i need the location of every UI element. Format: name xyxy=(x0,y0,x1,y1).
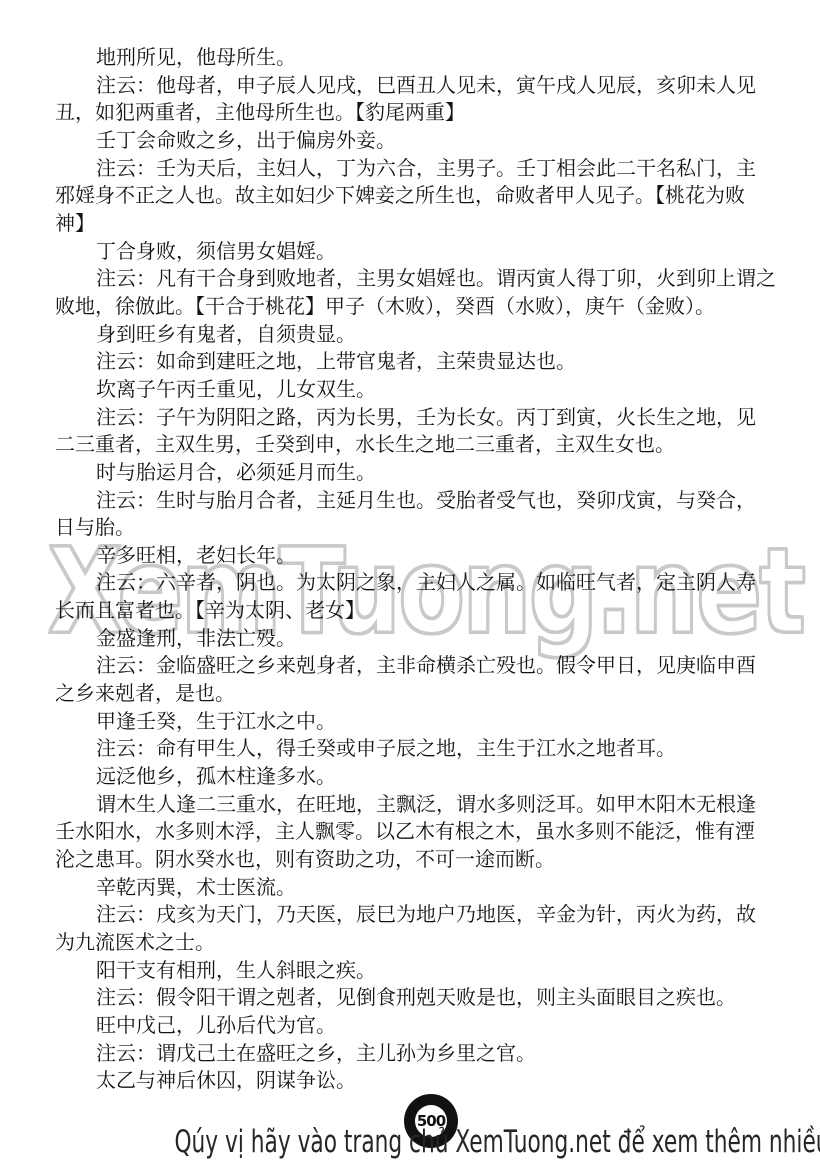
text-line: 长而且富者也。【辛为太阴、老女】 xyxy=(55,597,770,625)
text-line: 甲逢壬癸，生于江水之中。 xyxy=(55,708,770,736)
text-line: 二三重者，主双生男，壬癸到申，水长生之地二三重者，主双生女也。 xyxy=(55,431,770,459)
text-line: 注云：六辛者，阴也。为太阴之象，主妇人之属。如临旺气者，定主阴人寿 xyxy=(55,569,770,597)
text-line: 太乙与神后休囚，阴谋争讼。 xyxy=(55,1067,770,1095)
text-line: 注云：他母者，申子辰人见戌，巳酉丑人见未，寅午戌人见辰，亥卯未人见 xyxy=(55,72,770,100)
book-page: XemTuong.net 地刑所见，他母所生。注云：他母者，申子辰人见戌，巳酉丑… xyxy=(0,0,820,1170)
footer-promo-text: Qúy vị hãy vào trang chủ XemTuong.net để… xyxy=(174,1124,820,1160)
text-line: 旺中戊己，儿孙后代为官。 xyxy=(55,1012,770,1040)
text-line: 注云：如命到建旺之地，上带官鬼者，主荣贵显达也。 xyxy=(55,348,770,376)
text-line: 日与胎。 xyxy=(55,514,770,542)
text-line: 注云：子午为阴阳之路，丙为长男，壬为长女。丙丁到寅，火长生之地，见 xyxy=(55,404,770,432)
text-line: 注云：命有甲生人，得壬癸或申子辰之地，主生于江水之地者耳。 xyxy=(55,735,770,763)
text-line: 身到旺乡有鬼者，自须贵显。 xyxy=(55,321,770,349)
text-line: 壬水阳水，水多则木浮，主人飘零。以乙木有根之木，虽水多则不能泛，惟有湮 xyxy=(55,818,770,846)
text-line: 败地，徐倣此。【干合于桃花】甲子（木败），癸酉（水败），庚午（金败）。 xyxy=(55,293,770,321)
text-line: 地刑所见，他母所生。 xyxy=(55,44,770,72)
document-body: 地刑所见，他母所生。注云：他母者，申子辰人见戌，巳酉丑人见未，寅午戌人见辰，亥卯… xyxy=(55,44,770,1095)
text-line: 注云：假令阳干谓之剋者，见倒食刑剋天败是也，则主头面眼目之疾也。 xyxy=(55,984,770,1012)
text-line: 注云：戌亥为天门，乃天医，辰巳为地户乃地医，辛金为针，丙火为药，故 xyxy=(55,901,770,929)
text-line: 沦之患耳。阴水癸水也，则有资助之功，不可一途而断。 xyxy=(55,846,770,874)
text-line: 辛多旺相，老妇长年。 xyxy=(55,542,770,570)
text-line: 丑，如犯两重者，主他母所生也。【豹尾两重】 xyxy=(55,99,770,127)
text-line: 丁合身败，须信男女娼婬。 xyxy=(55,238,770,266)
text-line: 注云：金临盛旺之乡来剋身者，主非命横杀亡殁也。假令甲日，见庚临申酉 xyxy=(55,652,770,680)
text-line: 神】 xyxy=(55,210,770,238)
text-line: 远泛他乡，孤木柱逢多水。 xyxy=(55,763,770,791)
text-line: 注云：壬为天后，主妇人，丁为六合，主男子。壬丁相会此二干名私门，主 xyxy=(55,155,770,183)
text-line: 阳干支有相刑，生人斜眼之疾。 xyxy=(55,957,770,985)
text-line: 金盛逢刑，非法亡殁。 xyxy=(55,625,770,653)
text-line: 辛乾丙巽，术士医流。 xyxy=(55,874,770,902)
footer: Qúy vị hãy vào trang chủ XemTuong.net để… xyxy=(0,1124,820,1160)
text-line: 注云：谓戊己土在盛旺之乡，主儿孙为乡里之官。 xyxy=(55,1040,770,1068)
text-line: 注云：生时与胎月合者，主延月生也。受胎者受气也，癸卯戊寅，与癸合， xyxy=(55,487,770,515)
text-line: 坎离子午丙壬重见，儿女双生。 xyxy=(55,376,770,404)
text-line: 注云：凡有干合身到败地者，主男女娼婬也。谓丙寅人得丁卯，火到卯上谓之 xyxy=(55,265,770,293)
text-line: 为九流医术之士。 xyxy=(55,929,770,957)
text-line: 谓木生人逢二三重水，在旺地，主飘泛，谓水多则泛耳。如甲木阳木无根逢 xyxy=(55,791,770,819)
text-line: 壬丁会命败之乡，出于偏房外妾。 xyxy=(55,127,770,155)
text-line: 时与胎运月合，必须延月而生。 xyxy=(55,459,770,487)
text-line: 之乡来剋者，是也。 xyxy=(55,680,770,708)
text-line: 邪婬身不正之人也。故主如妇少下婢妾之所生也，命败者甲人见子。【桃花为败 xyxy=(55,182,770,210)
